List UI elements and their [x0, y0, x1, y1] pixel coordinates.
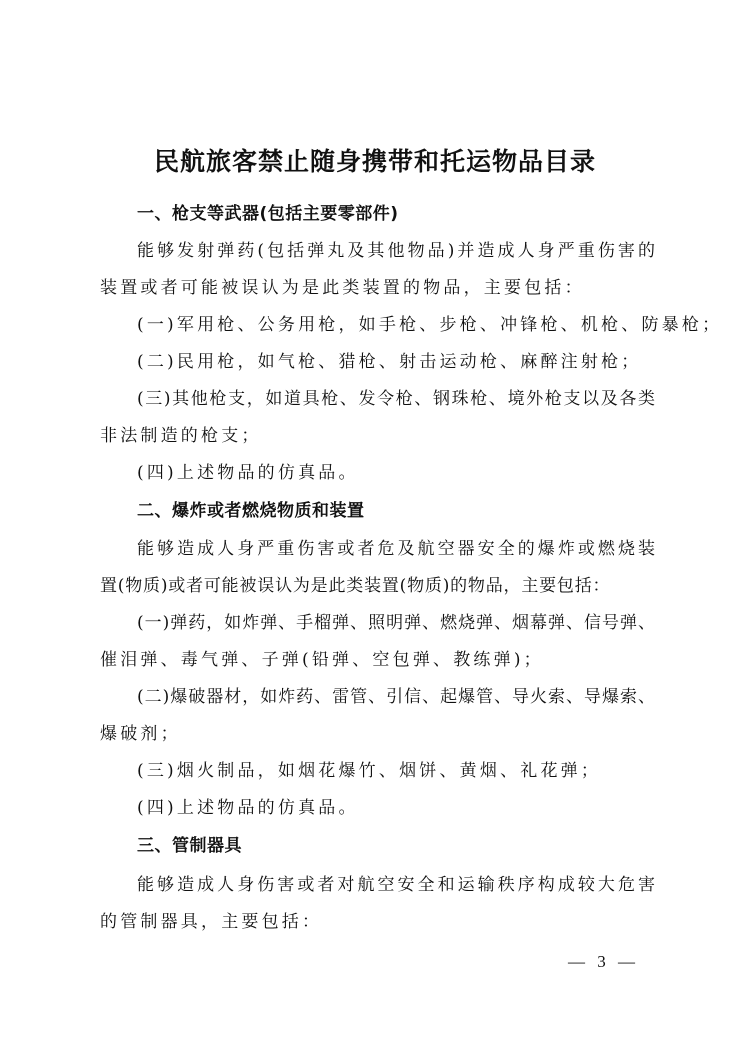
section-intro-continued: 的管制器具，主要包括：	[100, 911, 655, 933]
list-item: (四)上述物品的仿真品。	[137, 797, 655, 819]
page-number: — 3 —	[568, 952, 639, 972]
section-heading-firearms: 一、枪支等武器(包括主要零部件)	[137, 203, 655, 225]
list-item: (二)民用枪，如气枪、猎枪、射击运动枪、麻醉注射枪；	[137, 351, 655, 373]
section-intro-continued: 置(物质)或者可能被误认为是此类装置(物质)的物品，主要包括：	[100, 575, 655, 597]
document-page: 民航旅客禁止随身携带和托运物品目录 一、枪支等武器(包括主要零部件) 能够发射弹…	[0, 0, 750, 1061]
list-item-continued: 催泪弹、毒气弹、子弹(铅弹、空包弹、教练弹)；	[100, 649, 655, 671]
document-title: 民航旅客禁止随身携带和托运物品目录	[0, 142, 750, 178]
section-intro: 能够造成人身严重伤害或者危及航空器安全的爆炸或燃烧装	[137, 538, 655, 560]
section-intro: 能够发射弹药(包括弹丸及其他物品)并造成人身严重伤害的	[137, 240, 655, 262]
list-item: (一)弹药，如炸弹、手榴弹、照明弹、燃烧弹、烟幕弹、信号弹、	[137, 612, 655, 634]
list-item-continued: 爆破剂；	[100, 723, 655, 745]
list-item: (一)军用枪、公务用枪，如手枪、步枪、冲锋枪、机枪、防暴枪；	[137, 314, 655, 336]
section-intro-continued: 装置或者可能被误认为是此类装置的物品，主要包括：	[100, 277, 655, 299]
list-item: (四)上述物品的仿真品。	[137, 462, 655, 484]
list-item-continued: 非法制造的枪支；	[100, 425, 655, 447]
list-item: (三)其他枪支，如道具枪、发令枪、钢珠枪、境外枪支以及各类	[137, 388, 655, 410]
section-heading-explosives: 二、爆炸或者燃烧物质和装置	[137, 500, 655, 522]
section-intro: 能够造成人身伤害或者对航空安全和运输秩序构成较大危害	[137, 874, 655, 896]
list-item: (二)爆破器材，如炸药、雷管、引信、起爆管、导火索、导爆索、	[137, 686, 655, 708]
section-heading-controlled-tools: 三、管制器具	[137, 835, 655, 857]
list-item: (三)烟火制品，如烟花爆竹、烟饼、黄烟、礼花弹；	[137, 760, 655, 782]
